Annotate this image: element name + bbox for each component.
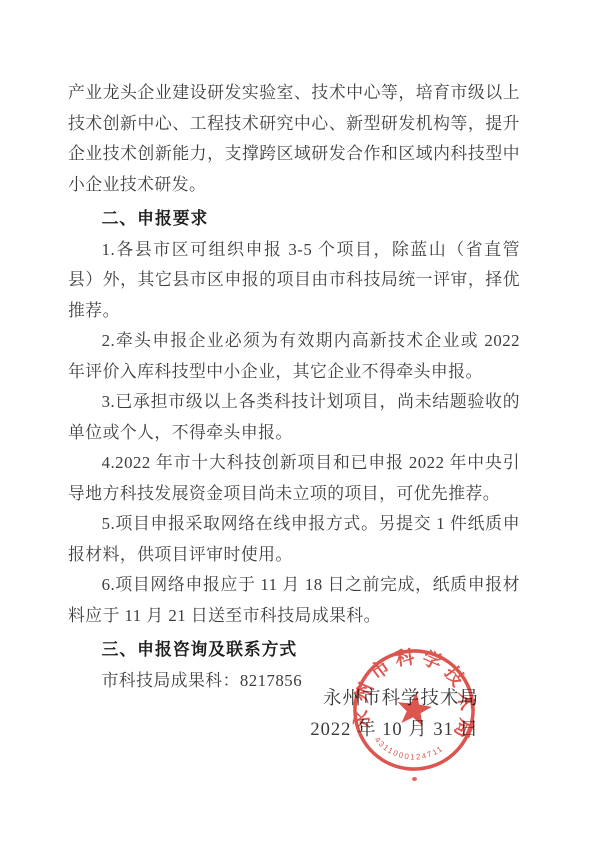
- seal-anchor-dot: [412, 777, 417, 781]
- requirement-item-1: 1.各县市区可组织申报 3-5 个项目，除蓝山（省直管县）外，其它县市区申报的项…: [68, 235, 520, 327]
- requirement-item-4: 4.2022 年市十大科技创新项目和已申报 2022 年中央引导地方科技发展资金…: [68, 448, 520, 509]
- requirement-item-5: 5.项目申报采取网络在线申报方式。另提交 1 件纸质申报材料，供项目评审时使用。: [68, 509, 520, 570]
- document-page: 产业龙头企业建设研发实验室、技术中心等，培育市级以上技术创新中心、工程技术研究中…: [0, 0, 595, 841]
- requirement-item-2: 2.牵头申报企业必须为有效期内高新技术企业或 2022 年评价入库科技型中小企业…: [68, 326, 520, 387]
- seal-star-icon: [395, 690, 434, 727]
- svg-text:永州市科学技术局: 永州市科学技术局: [346, 639, 485, 748]
- seal-org-arc-text: 永州市科学技术局: [346, 639, 485, 748]
- document-body: 产业龙头企业建设研发实验室、技术中心等，培育市级以上技术创新中心、工程技术研究中…: [68, 78, 520, 696]
- requirement-item-6: 6.项目网络申报应于 11 月 18 日之前完成，纸质申报材料应于 11 月 2…: [68, 570, 520, 631]
- section2-heading: 二、申报要求: [68, 204, 520, 235]
- official-seal: 永州市科学技术局 4311000124711: [343, 639, 485, 781]
- intro-paragraph: 产业龙头企业建设研发实验室、技术中心等，培育市级以上技术创新中心、工程技术研究中…: [68, 78, 520, 200]
- requirement-item-3: 3.已承担市级以上各类科技计划项目，尚未结题验收的单位或个人，不得牵头申报。: [68, 387, 520, 448]
